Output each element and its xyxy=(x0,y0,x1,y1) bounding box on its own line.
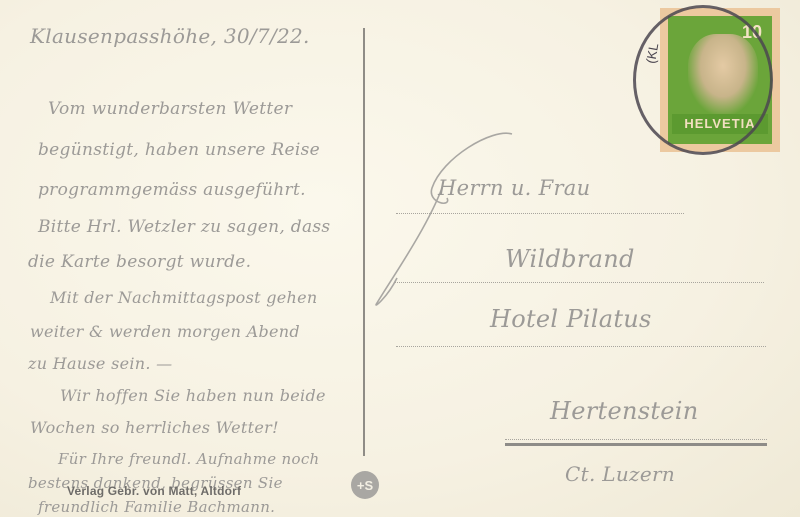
address-rule xyxy=(394,282,764,283)
address-rule xyxy=(396,213,684,214)
address-line: Hertenstein xyxy=(550,397,699,425)
publisher-imprint: Verlag Gebr. von Matt, Altdorf xyxy=(67,484,241,498)
center-divider xyxy=(363,28,365,456)
message-line: Bitte Hrl. Wetzler zu sagen, dass xyxy=(38,217,330,237)
message-line: zu Hause sein. — xyxy=(28,354,172,373)
message-line: Vom wunderbarsten Wetter xyxy=(48,99,292,119)
publisher-logo-icon: +S xyxy=(351,471,379,499)
message-line: Wochen so herrliches Wetter! xyxy=(30,418,279,437)
postmark-circle xyxy=(633,5,773,155)
message-line: freundlich Familie Bachmann. xyxy=(38,498,275,516)
message-line: Mit der Nachmittagspost gehen xyxy=(50,288,318,307)
message-line: weiter & werden morgen Abend xyxy=(30,322,300,341)
message-line: Wir hoffen Sie haben nun beide xyxy=(60,386,326,405)
address-rule xyxy=(505,439,767,440)
address-line: Herrn u. Frau xyxy=(438,176,590,200)
postcard: Klausenpasshöhe, 30/7/22. Vom wunderbars… xyxy=(0,0,800,517)
address-rule xyxy=(396,346,766,347)
address-line: Ct. Luzern xyxy=(565,462,675,486)
message-line: Für Ihre freundl. Aufnahme noch xyxy=(58,450,320,468)
flourish-icon xyxy=(372,128,522,308)
message-line: programmgemäss ausgeführt. xyxy=(38,180,306,200)
address-rule-final xyxy=(505,443,767,446)
address-line: Hotel Pilatus xyxy=(490,305,652,333)
message-line: begünstigt, haben unsere Reise xyxy=(38,140,320,160)
address-line: Wildbrand xyxy=(505,245,635,273)
message-line: die Karte besorgt wurde. xyxy=(28,252,251,272)
place-date: Klausenpasshöhe, 30/7/22. xyxy=(30,24,310,48)
